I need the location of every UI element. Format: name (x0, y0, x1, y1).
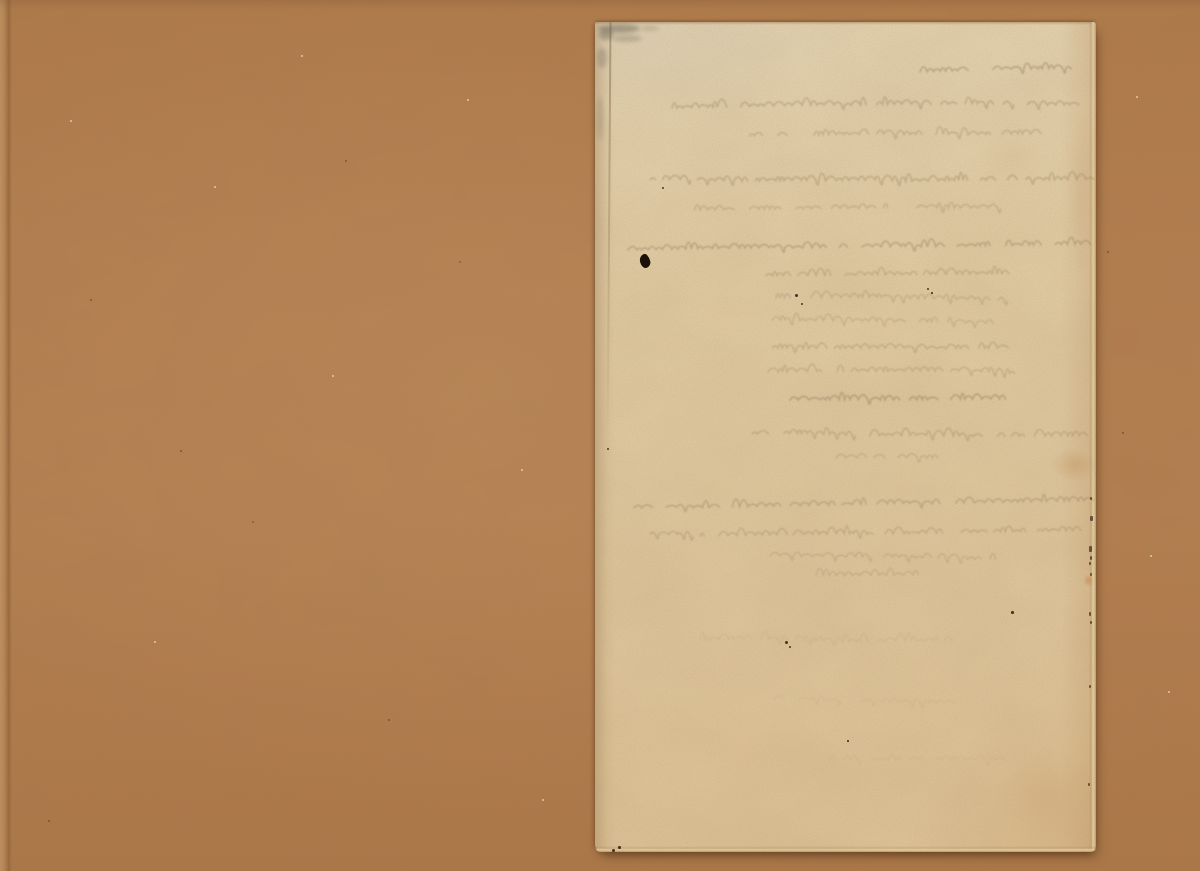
cardboard-top-shade (0, 0, 1200, 10)
cardboard-left-edge (0, 0, 12, 871)
photograph-scene (0, 0, 1200, 871)
page-bottom-stacked-edges (595, 846, 1096, 852)
page-fore-edge (1089, 22, 1096, 852)
page-crease-line (606, 22, 611, 454)
page-gutter-shade (595, 22, 607, 852)
booklet-page (595, 22, 1096, 852)
page-top-edge-line (595, 22, 1096, 25)
